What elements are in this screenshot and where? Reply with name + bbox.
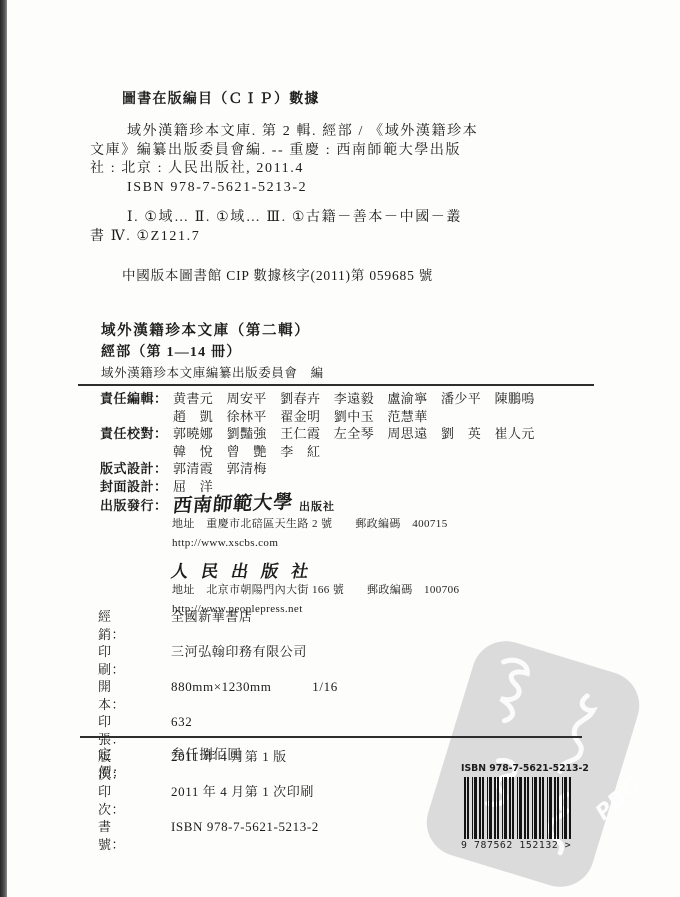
barcode-isbn-text: ISBN 978-7-5621-5213-2 — [461, 763, 574, 774]
credit-names: 韓 悅 曾 艷 李 紅 — [173, 443, 320, 461]
cip-description: 域外漢籍珍本文庫. 第 2 輯. 經部 / 《域外漢籍珍本 文庫》編纂出版委員會… — [90, 123, 580, 197]
credit-label: 責任校對： — [100, 425, 173, 443]
credit-label — [100, 443, 173, 461]
xinan-university-press-logo: 西南師範大學 — [172, 493, 294, 515]
colophon-row: 經 銷： 全國新華書店 — [98, 608, 338, 643]
colophon-row: 印 刷： 三河弘翰印務有限公司 — [98, 643, 338, 678]
price-row: 定 價： 叁仟捌佰圓 — [98, 746, 242, 781]
credit-row: 韓 悅 曾 艷 李 紅 — [100, 443, 535, 461]
credit-row: 趙 凱 徐林平 翟金明 劉中玉 范慧華 — [100, 408, 535, 426]
credit-row: 責任校對： 郭曉娜 劉豔強 王仁霞 左全琴 周思遠 劉 英 崔人元 — [100, 425, 535, 443]
xinan-press-suffix: 出版社 — [299, 499, 335, 517]
renmin-press-logo: 人民出版社 — [170, 557, 461, 579]
publisher-details: 地址 重慶市北碚區天生路 2 號 郵政編碼 400715 http://www.… — [172, 516, 459, 615]
colophon-section: 經 銷： 全國新華書店 印 刷： 三河弘翰印務有限公司 開 本： 880mm×1… — [98, 608, 338, 853]
barcode-digits: 9 787562 152132 > — [461, 840, 581, 851]
credit-row: 封面設計： 屈 洋 — [100, 478, 535, 496]
page-content: 圖書在版編目（ＣＩＰ）數據 域外漢籍珍本文庫. 第 2 輯. 經部 / 《域外漢… — [0, 0, 680, 897]
credit-label: 責任編輯： — [100, 390, 173, 408]
colophon-value: 三河弘翰印務有限公司 — [171, 643, 307, 678]
editor-line: 域外漢籍珍本文庫編纂出版委員會 編 — [101, 363, 324, 383]
divider-top — [78, 384, 594, 386]
colophon-value: 632 — [171, 713, 192, 748]
cip-class-line: Ⅰ. ①域… Ⅱ. ①域… Ⅲ. ①古籍－善本－中國－叢 — [90, 209, 580, 228]
cip-verification-number: 中國版本圖書館 CIP 數據核字(2011)第 059685 號 — [122, 264, 433, 284]
colophon-value: ISBN 978-7-5621-5213-2 — [171, 818, 319, 853]
cip-class-line: 書 Ⅳ. ①Z121.7 — [90, 228, 580, 247]
colophon-row: 書 號： ISBN 978-7-5621-5213-2 — [98, 818, 338, 853]
cip-header: 圖書在版編目（ＣＩＰ）數據 — [122, 88, 320, 108]
cip-desc-line: 文庫》編纂出版委員會編. -- 重慶 : 西南師範大學出版 — [90, 142, 580, 161]
publish-label: 出版發行： — [100, 497, 173, 515]
cip-classification: Ⅰ. ①域… Ⅱ. ①域… Ⅲ. ①古籍－善本－中國－叢 書 Ⅳ. ①Z121.… — [90, 209, 580, 246]
divider-bottom — [80, 736, 582, 738]
colophon-row: 開 本： 880mm×1230mm 1/16 — [98, 678, 338, 713]
credit-names: 趙 凱 徐林平 翟金明 劉中玉 范慧華 — [173, 408, 428, 426]
colophon-label: 印 次： — [98, 783, 164, 818]
credit-names: 屈 洋 — [173, 478, 213, 496]
colophon-label: 經 銷： — [98, 608, 164, 643]
cip-desc-line: 社 : 北京 : 人民出版社, 2011.4 — [90, 160, 580, 179]
credit-row: 版式設計： 郭清霞 郭清梅 — [100, 460, 535, 478]
barcode-block: ISBN 978-7-5621-5213-2 9 787562 152132 > — [461, 763, 583, 851]
credit-label — [100, 408, 173, 426]
series-title: 域外漢籍珍本文庫（第二輯） — [101, 320, 324, 342]
colophon-value: 全國新華書店 — [171, 608, 253, 643]
xinan-address: 地址 重慶市北碚區天生路 2 號 郵政編碼 400715 — [172, 516, 459, 532]
colophon-label: 開 本： — [98, 678, 164, 713]
colophon-row: 印 次： 2011 年 4 月第 1 次印刷 — [98, 783, 338, 818]
cip-isbn-line: ISBN 978-7-5621-5213-2 — [90, 179, 580, 198]
credit-names: 黄書元 周安平 劉春卉 李遠毅 盧渝寧 潘少平 陳鵬鳴 — [173, 390, 535, 408]
volume-title: 經部（第 1—14 冊） — [101, 342, 324, 363]
renmin-address: 地址 北京市朝陽門內大街 166 號 郵政編碼 100706 — [172, 582, 459, 598]
credit-row: 責任編輯： 黄書元 周安平 劉春卉 李遠毅 盧渝寧 潘少平 陳鵬鳴 — [100, 390, 535, 408]
barcode-bars — [464, 777, 572, 839]
copyright-page: PDG 圖書在版編目（ＣＩＰ）數據 域外漢籍珍本文庫. 第 2 輯. 經部 / … — [0, 0, 680, 897]
publisher-row: 出版發行： 西南師範大學 出版社 — [100, 496, 535, 516]
title-block: 域外漢籍珍本文庫（第二輯） 經部（第 1—14 冊） 域外漢籍珍本文庫編纂出版委… — [101, 320, 324, 383]
credit-names: 郭清霞 郭清梅 — [173, 460, 267, 478]
colophon-value: 2011 年 4 月第 1 次印刷 — [171, 783, 314, 818]
cip-desc-line: 域外漢籍珍本文庫. 第 2 輯. 經部 / 《域外漢籍珍本 — [90, 123, 580, 142]
credit-label: 版式設計： — [100, 460, 173, 478]
credit-label: 封面設計： — [100, 478, 173, 496]
colophon-value: 880mm×1230mm 1/16 — [171, 678, 338, 713]
price-value: 叁仟捌佰圓 — [171, 746, 242, 781]
colophon-label: 印 張： — [98, 713, 164, 748]
colophon-label: 印 刷： — [98, 643, 164, 678]
credits-section: 責任編輯： 黄書元 周安平 劉春卉 李遠毅 盧渝寧 潘少平 陳鵬鳴 趙 凱 徐林… — [100, 390, 535, 516]
credit-names: 郭曉娜 劉豔強 王仁霞 左全琴 周思遠 劉 英 崔人元 — [173, 425, 535, 443]
price-label: 定 價： — [98, 746, 164, 781]
xinan-url: http://www.xscbs.com — [172, 538, 459, 549]
colophon-row: 印 張： 632 — [98, 713, 338, 748]
colophon-label: 書 號： — [98, 818, 164, 853]
